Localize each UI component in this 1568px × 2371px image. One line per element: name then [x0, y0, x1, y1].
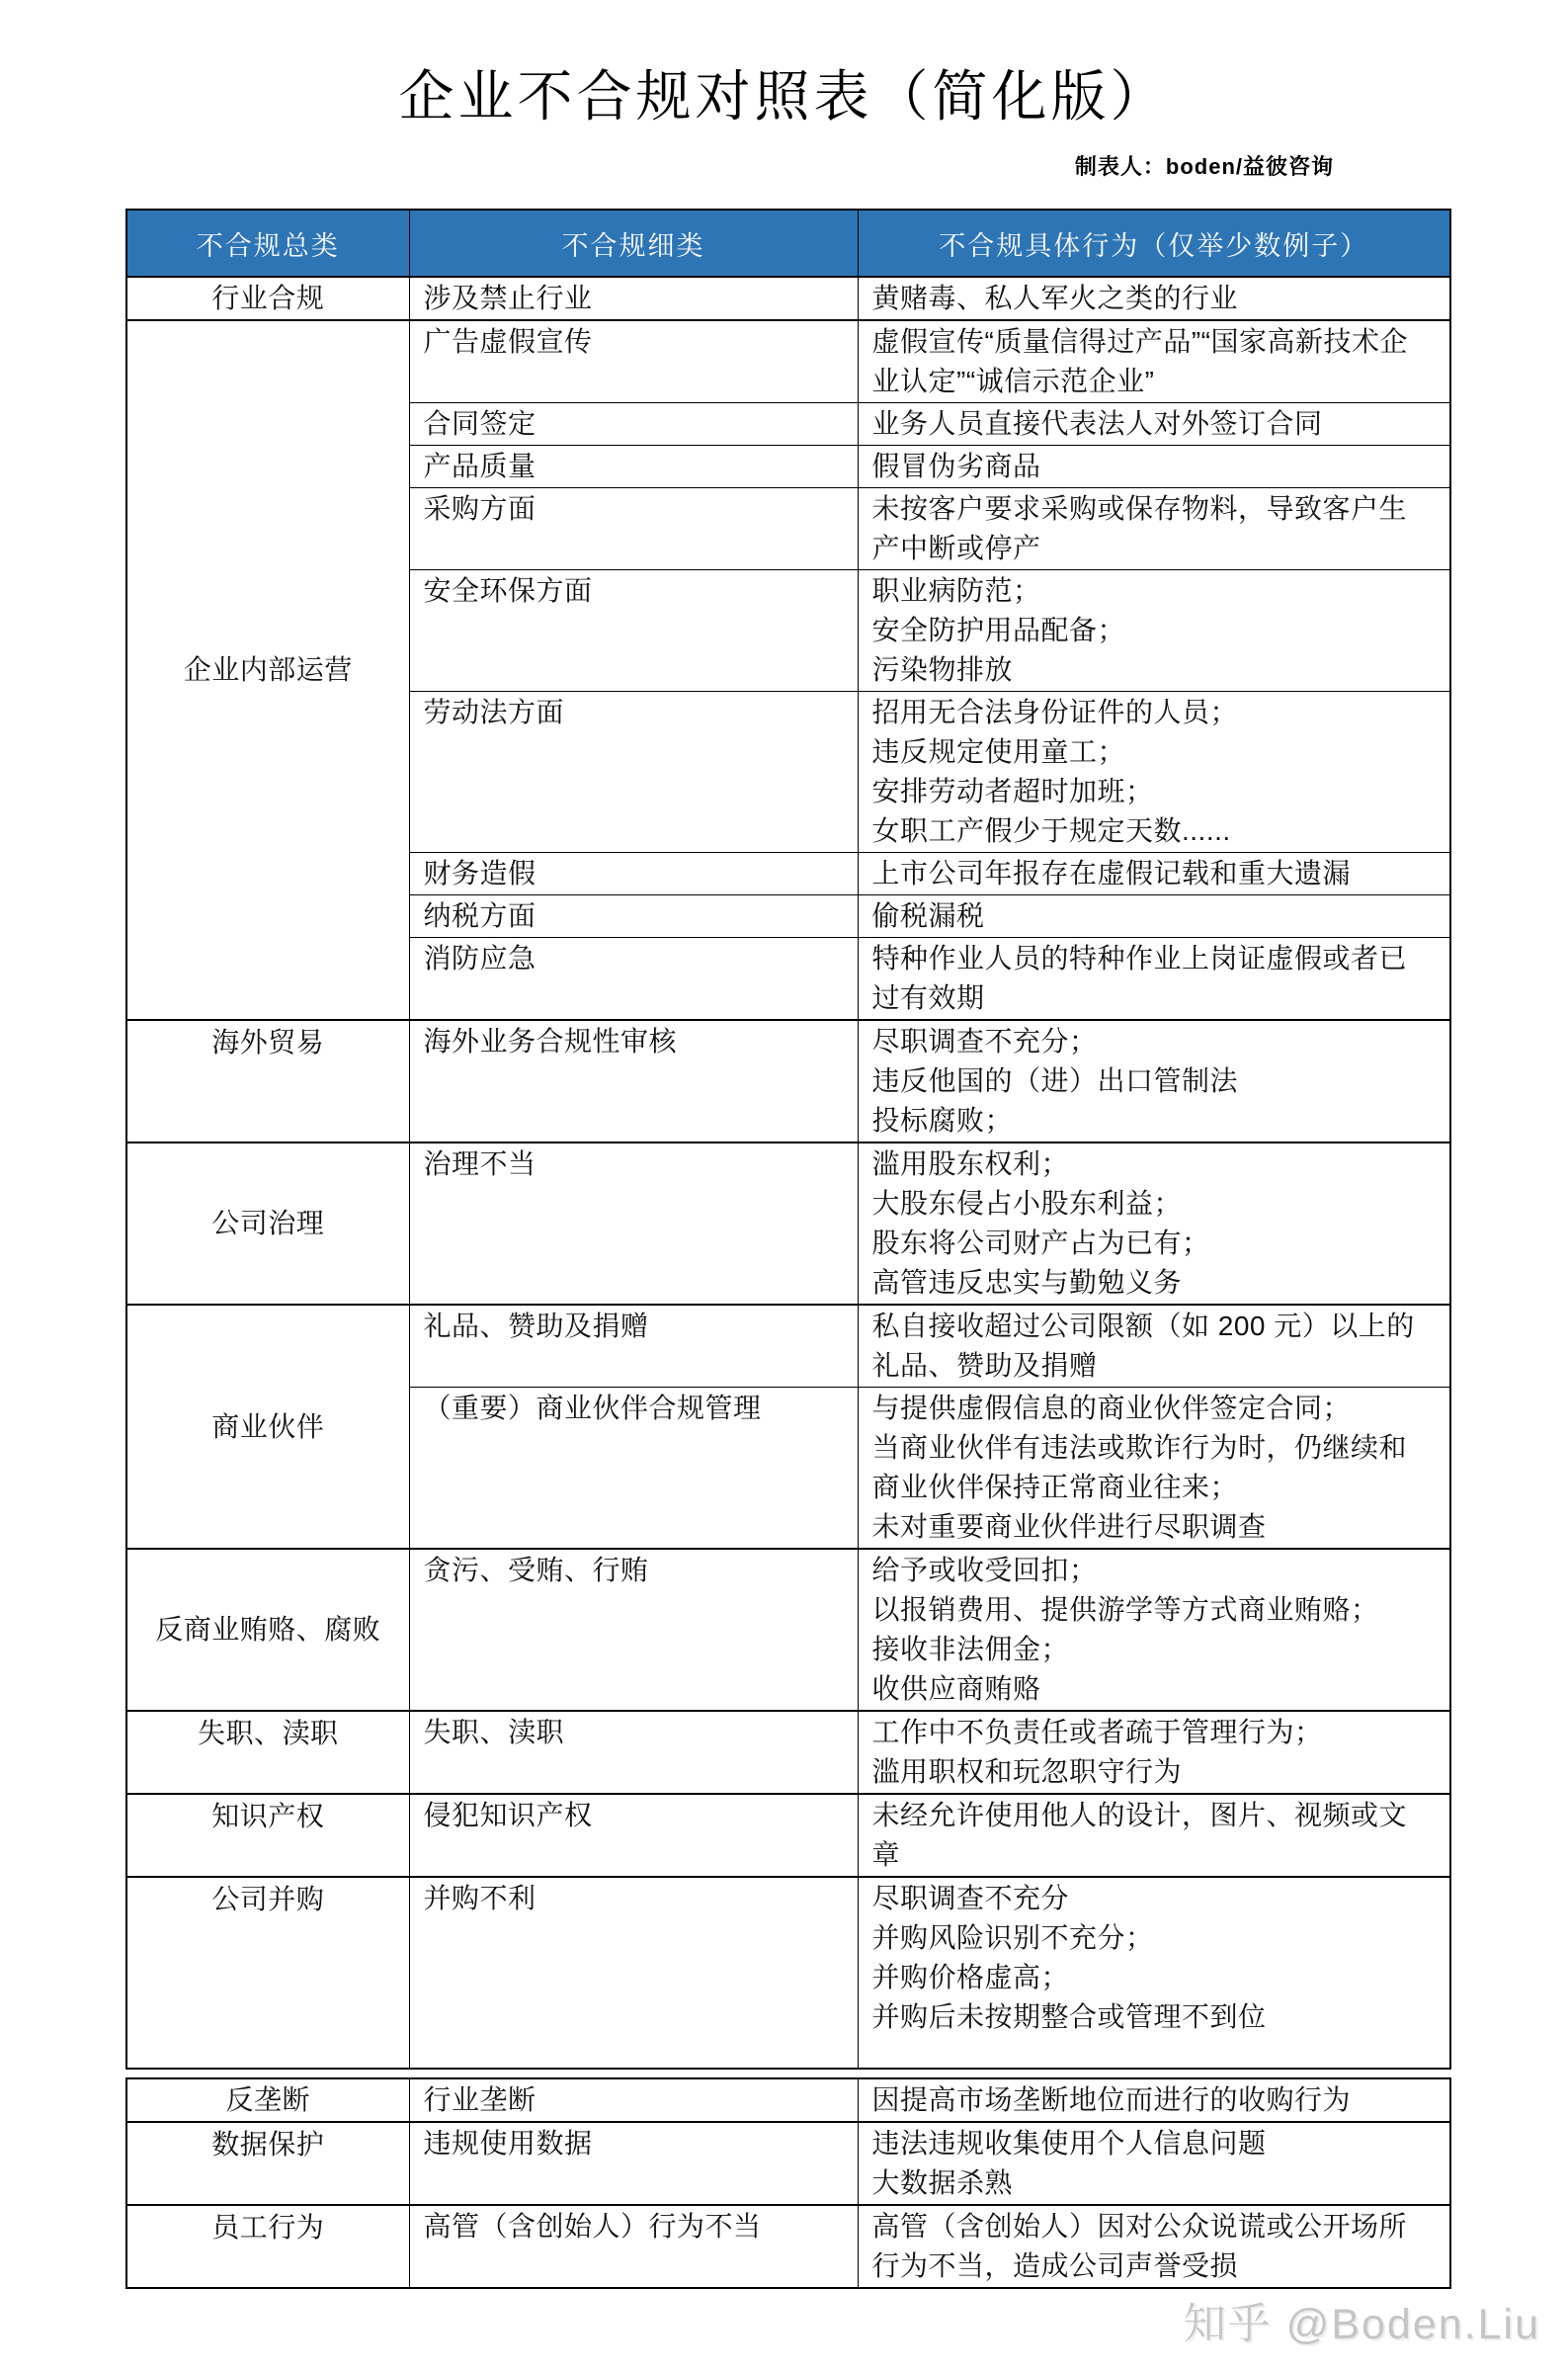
- behavior-cell: 因提高市场垄断地位而进行的收购行为: [858, 2078, 1450, 2122]
- author-line: 制表人：boden/益彼咨询: [1075, 150, 1334, 181]
- behavior-cell: 与提供虚假信息的商业伙伴签定合同； 当商业伙伴有违法或欺诈行为时，仍继续和商业伙…: [858, 1388, 1450, 1550]
- behavior-cell: 黄赌毒、私人军火之类的行业: [858, 277, 1450, 320]
- subcategory-cell: 采购方面: [409, 488, 858, 570]
- compliance-tables: 不合规总类不合规细类不合规具体行为（仅举少数例子）行业合规涉及禁止行业黄赌毒、私…: [125, 209, 1449, 2289]
- category-cell: 企业内部运营: [126, 320, 409, 1020]
- subcategory-cell: 违规使用数据: [409, 2122, 858, 2205]
- behavior-cell: 招用无合法身份证件的人员； 违反规定使用童工； 安排劳动者超时加班； 女职工产假…: [858, 692, 1450, 853]
- subcategory-cell: 高管（含创始人）行为不当: [409, 2205, 858, 2288]
- behavior-cell: 业务人员直接代表法人对外签订合同: [858, 403, 1450, 446]
- table-row: 数据保护违规使用数据违法违规收集使用个人信息问题 大数据杀熟: [126, 2122, 1450, 2205]
- category-cell: 公司治理: [126, 1143, 409, 1305]
- category-cell: 数据保护: [126, 2122, 409, 2205]
- behavior-cell: 虚假宣传“质量信得过产品”“国家高新技术企业认定”“诚信示范企业”: [858, 320, 1450, 403]
- category-cell: 员工行为: [126, 2205, 409, 2288]
- subcategory-cell: 失职、渎职: [409, 1711, 858, 1794]
- document-page: 企业不合规对照表（简化版） 制表人：boden/益彼咨询 不合规总类不合规细类不…: [0, 0, 1568, 2371]
- behavior-cell: 尽职调查不充分 并购风险识别不充分； 并购价格虚高； 并购后未按期整合或管理不到…: [858, 1877, 1450, 2069]
- subcategory-cell: 并购不利: [409, 1877, 858, 2069]
- header-cell-2: 不合规细类: [409, 210, 858, 277]
- subcategory-cell: 贪污、受贿、行贿: [409, 1549, 858, 1711]
- compliance-table-block-2: 反垄断行业垄断因提高市场垄断地位而进行的收购行为数据保护违规使用数据违法违规收集…: [125, 2077, 1451, 2289]
- compliance-table-block-1: 不合规总类不合规细类不合规具体行为（仅举少数例子）行业合规涉及禁止行业黄赌毒、私…: [125, 209, 1451, 2070]
- header-cell-3: 不合规具体行为（仅举少数例子）: [858, 210, 1450, 277]
- header-row: 不合规总类不合规细类不合规具体行为（仅举少数例子）: [126, 210, 1450, 277]
- subcategory-cell: 行业垄断: [409, 2078, 858, 2122]
- category-cell: 海外贸易: [126, 1020, 409, 1143]
- subcategory-cell: 涉及禁止行业: [409, 277, 858, 320]
- subcategory-cell: 治理不当: [409, 1143, 858, 1305]
- behavior-cell: 职业病防范； 安全防护用品配备； 污染物排放: [858, 570, 1450, 692]
- watermark: 知乎 @Boden.Liu: [1184, 2291, 1540, 2351]
- category-cell: 失职、渎职: [126, 1711, 409, 1794]
- subcategory-cell: 劳动法方面: [409, 692, 858, 853]
- table-row: 反垄断行业垄断因提高市场垄断地位而进行的收购行为: [126, 2078, 1450, 2122]
- category-cell: 公司并购: [126, 1877, 409, 2069]
- behavior-cell: 特种作业人员的特种作业上岗证虚假或者已过有效期: [858, 938, 1450, 1021]
- table-row: 失职、渎职失职、渎职工作中不负责任或者疏于管理行为； 滥用职权和玩忽职守行为: [126, 1711, 1450, 1794]
- subcategory-cell: 财务造假: [409, 853, 858, 895]
- category-cell: 知识产权: [126, 1794, 409, 1877]
- category-cell: 行业合规: [126, 277, 409, 320]
- table-body: 行业合规涉及禁止行业黄赌毒、私人军火之类的行业企业内部运营广告虚假宣传虚假宣传“…: [126, 277, 1450, 2069]
- behavior-cell: 滥用股东权利； 大股东侵占小股东利益； 股东将公司财产占为已有； 高管违反忠实与…: [858, 1143, 1450, 1305]
- subcategory-cell: 消防应急: [409, 938, 858, 1021]
- subcategory-cell: 广告虚假宣传: [409, 320, 858, 403]
- subcategory-cell: （重要）商业伙伴合规管理: [409, 1388, 858, 1550]
- table-row: 海外贸易海外业务合规性审核尽职调查不充分； 违反他国的（进）出口管制法 投标腐败…: [126, 1020, 1450, 1143]
- table-body: 反垄断行业垄断因提高市场垄断地位而进行的收购行为数据保护违规使用数据违法违规收集…: [126, 2078, 1450, 2288]
- behavior-cell: 高管（含创始人）因对公众说谎或公开场所行为不当，造成公司声誉受损: [858, 2205, 1450, 2288]
- category-cell: 反垄断: [126, 2078, 409, 2122]
- page-title: 企业不合规对照表（简化版）: [0, 63, 1568, 129]
- subcategory-cell: 侵犯知识产权: [409, 1794, 858, 1877]
- table-row: 反商业贿赂、腐败贪污、受贿、行贿给予或收受回扣； 以报销费用、提供游学等方式商业…: [126, 1549, 1450, 1711]
- table-row: 员工行为高管（含创始人）行为不当高管（含创始人）因对公众说谎或公开场所行为不当，…: [126, 2205, 1450, 2288]
- behavior-cell: 未经允许使用他人的设计，图片、视频或文章: [858, 1794, 1450, 1877]
- header-cell-1: 不合规总类: [126, 210, 409, 277]
- category-cell: 反商业贿赂、腐败: [126, 1549, 409, 1711]
- behavior-cell: 偷税漏税: [858, 895, 1450, 938]
- table-header: 不合规总类不合规细类不合规具体行为（仅举少数例子）: [126, 210, 1450, 277]
- table-row: 公司治理治理不当滥用股东权利； 大股东侵占小股东利益； 股东将公司财产占为已有；…: [126, 1143, 1450, 1305]
- subcategory-cell: 安全环保方面: [409, 570, 858, 692]
- behavior-cell: 给予或收受回扣； 以报销费用、提供游学等方式商业贿赂； 接收非法佣金； 收供应商…: [858, 1549, 1450, 1711]
- subcategory-cell: 纳税方面: [409, 895, 858, 938]
- behavior-cell: 违法违规收集使用个人信息问题 大数据杀熟: [858, 2122, 1450, 2205]
- behavior-cell: 上市公司年报存在虚假记载和重大遗漏: [858, 853, 1450, 895]
- category-cell: 商业伙伴: [126, 1305, 409, 1549]
- table-row: 公司并购并购不利尽职调查不充分 并购风险识别不充分； 并购价格虚高； 并购后未按…: [126, 1877, 1450, 2069]
- subcategory-cell: 产品质量: [409, 446, 858, 488]
- behavior-cell: 尽职调查不充分； 违反他国的（进）出口管制法 投标腐败；: [858, 1020, 1450, 1143]
- table-row: 商业伙伴礼品、赞助及捐赠私自接收超过公司限额（如 200 元）以上的礼品、赞助及…: [126, 1305, 1450, 1388]
- subcategory-cell: 礼品、赞助及捐赠: [409, 1305, 858, 1388]
- subcategory-cell: 海外业务合规性审核: [409, 1020, 858, 1143]
- table-row: 企业内部运营广告虚假宣传虚假宣传“质量信得过产品”“国家高新技术企业认定”“诚信…: [126, 320, 1450, 403]
- behavior-cell: 未按客户要求采购或保存物料，导致客户生产中断或停产: [858, 488, 1450, 570]
- behavior-cell: 工作中不负责任或者疏于管理行为； 滥用职权和玩忽职守行为: [858, 1711, 1450, 1794]
- behavior-cell: 假冒伪劣商品: [858, 446, 1450, 488]
- table-row: 行业合规涉及禁止行业黄赌毒、私人军火之类的行业: [126, 277, 1450, 320]
- behavior-cell: 私自接收超过公司限额（如 200 元）以上的礼品、赞助及捐赠: [858, 1305, 1450, 1388]
- table-row: 知识产权侵犯知识产权未经允许使用他人的设计，图片、视频或文章: [126, 1794, 1450, 1877]
- subcategory-cell: 合同签定: [409, 403, 858, 446]
